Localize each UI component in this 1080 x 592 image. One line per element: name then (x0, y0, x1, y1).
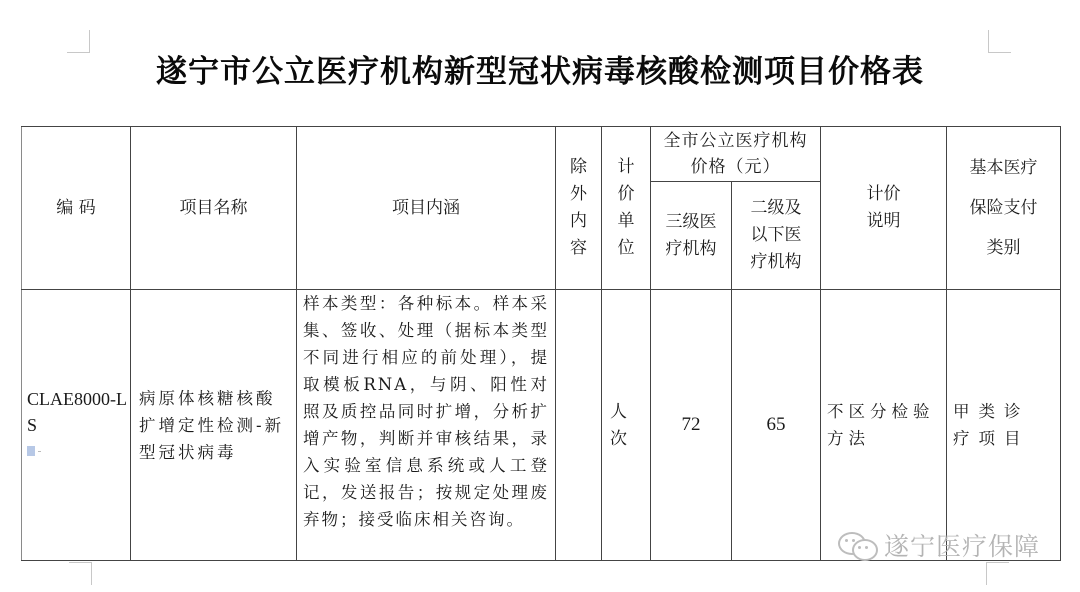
cell-insurance-category: 甲类诊疗项目 (947, 290, 1061, 561)
header-pricing-note: 计价说明 (821, 127, 947, 290)
watermark: 遂宁医疗保障 (838, 527, 1040, 563)
wechat-icon (838, 530, 880, 560)
price-table: 编 码 项目名称 项目内涵 除外内容 计价单位 全市公立医疗机构价格（元） 计价… (21, 126, 1061, 561)
cell-price-tier2-below: 65 (732, 290, 821, 561)
insurance-category: 甲类诊疗项目 (947, 398, 1060, 452)
header-unit-label: 计价单位 (617, 154, 636, 262)
item-code: CLAE8000-LS (22, 386, 130, 438)
header-price-group-label: 全市公立医疗机构价格（元） (664, 131, 808, 177)
header-tier3: 三级医疗机构 (651, 182, 732, 290)
cell-excluded (556, 290, 602, 561)
header-tier3-label: 三级医疗机构 (663, 209, 719, 263)
price-tier3: 72 (682, 414, 701, 435)
cell-unit: 人次 (602, 290, 651, 561)
header-excluded: 除外内容 (556, 127, 602, 290)
header-item-content: 项目内涵 (297, 127, 556, 290)
header-price-group: 全市公立医疗机构价格（元） (651, 127, 821, 182)
cell-item-content: 样本类型：各种标本。样本采集、签收、处理（据标本类型不同进行相应的前处理），提取… (297, 290, 556, 561)
price-tier2-below: 65 (767, 414, 786, 435)
header-item-content-label: 项目内涵 (392, 198, 460, 218)
header-item-name: 项目名称 (131, 127, 297, 290)
page-corner-mark-bottom-right (986, 562, 1009, 585)
header-unit: 计价单位 (602, 127, 651, 290)
item-name: 病原体核糖核酸扩增定性检测-新型冠状病毒 (131, 385, 296, 466)
table-row: CLAE8000-LS 病原体核糖核酸扩增定性检测-新型冠状病毒 样本类型：各种… (22, 290, 1061, 561)
header-tier2-below: 二级及以下医疗机构 (732, 182, 821, 290)
page-corner-mark-bottom-left (69, 562, 92, 585)
cell-item-name: 病原体核糖核酸扩增定性检测-新型冠状病毒 (131, 290, 297, 561)
header-tier2-below-label: 二级及以下医疗机构 (748, 195, 804, 276)
header-insurance-category-label: 基本医疗保险支付类别 (966, 148, 1041, 268)
item-content: 样本类型：各种标本。样本采集、签收、处理（据标本类型不同进行相应的前处理），提取… (303, 290, 549, 533)
header-code-label: 编 码 (56, 198, 95, 218)
header-insurance-category: 基本医疗保险支付类别 (947, 127, 1061, 290)
pricing-note: 不区分检验方法 (821, 398, 946, 452)
header-pricing-note-label: 计价说明 (865, 181, 902, 235)
header-code: 编 码 (22, 127, 131, 290)
cell-price-tier3: 72 (651, 290, 732, 561)
item-unit: 人次 (610, 398, 629, 452)
header-item-name-label: 项目名称 (180, 198, 248, 218)
header-excluded-label: 除外内容 (569, 154, 588, 262)
paste-options-icon[interactable] (27, 446, 35, 456)
header-row: 编 码 项目名称 项目内涵 除外内容 计价单位 全市公立医疗机构价格（元） 计价… (22, 127, 1061, 182)
document-title: 遂宁市公立医疗机构新型冠状病毒核酸检测项目价格表 (0, 46, 1080, 91)
cell-pricing-note: 不区分检验方法 (821, 290, 947, 561)
watermark-text: 遂宁医疗保障 (884, 527, 1040, 563)
cell-code: CLAE8000-LS (22, 290, 131, 561)
